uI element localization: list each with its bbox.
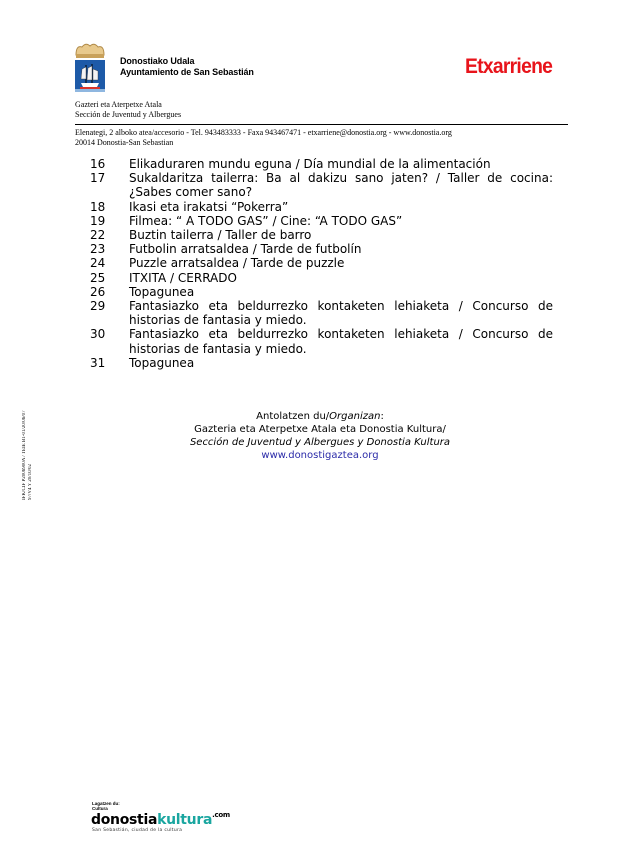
header-divider <box>75 124 568 125</box>
organizers-eu: Gazteria eta Aterpetxe Atala eta Donosti… <box>170 423 470 436</box>
footer-brand-part-2: kultura <box>157 812 212 828</box>
schedule-row: 29Fantasiazko eta beldurrezko kontaketen… <box>90 299 553 327</box>
schedule-day: 17 <box>90 171 129 199</box>
schedule-row: 24Puzzle arratsaldea / Tarde de puzzle <box>90 256 553 270</box>
organizers-label-es: Organizan <box>329 411 380 422</box>
footer-tagline: San Sebastián, ciudad de la cultura <box>92 828 182 833</box>
schedule-activity: Topagunea <box>129 356 553 370</box>
org-name-eu: Donostiako Udala <box>120 56 254 67</box>
address-line-1: Elenategi, 2 alboko atea/accesorio - Tel… <box>75 128 452 138</box>
schedule-row: 22Buztin tailerra / Taller de barro <box>90 228 553 242</box>
schedule-activity: Filmea: “ A TODO GAS” / Cine: “A TODO GA… <box>129 214 553 228</box>
schedule-activity: Ikasi eta irakatsi “Pokerra” <box>129 200 553 214</box>
schedule-day: 31 <box>90 356 129 370</box>
department-name: Gazteri eta Aterpetxe Atala Sección de J… <box>75 100 181 120</box>
schedule-day: 22 <box>90 228 129 242</box>
schedule-row: 25ITXITA / CERRADO <box>90 271 553 285</box>
side-registration-text: IFK/CIF P2006900A / TEIE B1-01/20/06/07 … <box>22 390 42 500</box>
schedule-row: 30Fantasiazko eta beldurrezko kontaketen… <box>90 327 553 355</box>
city-crest-logo <box>72 41 108 93</box>
schedule-day: 29 <box>90 299 129 327</box>
organizers-label-colon: : <box>380 411 383 422</box>
schedule-day: 19 <box>90 214 129 228</box>
schedule-row: 18Ikasi eta irakatsi “Pokerra” <box>90 200 553 214</box>
schedule-day: 26 <box>90 285 129 299</box>
dept-name-eu: Gazteri eta Aterpetxe Atala <box>75 100 181 110</box>
schedule-activity: Elikaduraren mundu eguna / Día mundial d… <box>129 157 553 171</box>
schedule-activity: Topagunea <box>129 285 553 299</box>
schedule-day: 25 <box>90 271 129 285</box>
schedule-row: 23Futbolin arratsaldea / Tarde de futbol… <box>90 242 553 256</box>
etxarriene-logo: Etxarriene <box>465 55 552 79</box>
schedule-row: 19Filmea: “ A TODO GAS” / Cine: “A TODO … <box>90 214 553 228</box>
organizers-label-eu: Antolatzen du/ <box>256 411 329 422</box>
organizers-label: Antolatzen du/Organizan: <box>170 410 470 423</box>
contact-address: Elenategi, 2 alboko atea/accesorio - Tel… <box>75 128 452 148</box>
schedule-day: 23 <box>90 242 129 256</box>
footer-brand-suffix: .com <box>212 811 230 819</box>
footer-small-line-2: Cultura <box>92 806 120 811</box>
schedule-activity: Fantasiazko eta beldurrezko kontaketen l… <box>129 327 553 355</box>
dept-name-es: Sección de Juventud y Albergues <box>75 110 181 120</box>
footer-brand-part-1: donostia <box>91 812 157 828</box>
org-name-es: Ayuntamiento de San Sebastián <box>120 67 254 78</box>
organizers-block: Antolatzen du/Organizan: Gazteria eta At… <box>170 410 470 462</box>
organizers-es: Sección de Juventud y Albergues y Donost… <box>170 436 470 449</box>
side-text-line-2: 97/V4 Y 20/10/02 <box>28 390 34 500</box>
schedule-activity: Puzzle arratsaldea / Tarde de puzzle <box>129 256 553 270</box>
address-line-2: 20014 Donostia-San Sebastian <box>75 138 452 148</box>
schedule-activity: ITXITA / CERRADO <box>129 271 553 285</box>
schedule-row: 17Sukaldaritza tailerra: Ba al dakizu sa… <box>90 171 553 199</box>
schedule-activity: Futbolin arratsaldea / Tarde de futbolín <box>129 242 553 256</box>
schedule-activity: Buztin tailerra / Taller de barro <box>129 228 553 242</box>
activity-schedule: 16Elikaduraren mundu eguna / Día mundial… <box>90 157 553 370</box>
schedule-day: 18 <box>90 200 129 214</box>
schedule-activity: Fantasiazko eta beldurrezko kontaketen l… <box>129 299 553 327</box>
crest-ship-icon <box>72 41 108 93</box>
organization-name: Donostiako Udala Ayuntamiento de San Seb… <box>120 56 254 78</box>
schedule-day: 30 <box>90 327 129 355</box>
schedule-day: 16 <box>90 157 129 171</box>
schedule-row: 31Topagunea <box>90 356 553 370</box>
donostiakultura-logo: donostiakultura.com <box>91 812 230 828</box>
schedule-row: 26Topagunea <box>90 285 553 299</box>
schedule-row: 16Elikaduraren mundu eguna / Día mundial… <box>90 157 553 171</box>
organizers-es-text: Sección de Juventud y Albergues y Donost… <box>190 437 450 448</box>
footer-lender-label: Lagatzen du: Cultura <box>92 801 120 811</box>
organizers-website-link[interactable]: www.donostigaztea.org <box>170 449 470 462</box>
schedule-day: 24 <box>90 256 129 270</box>
schedule-activity: Sukaldaritza tailerra: Ba al dakizu sano… <box>129 171 553 199</box>
